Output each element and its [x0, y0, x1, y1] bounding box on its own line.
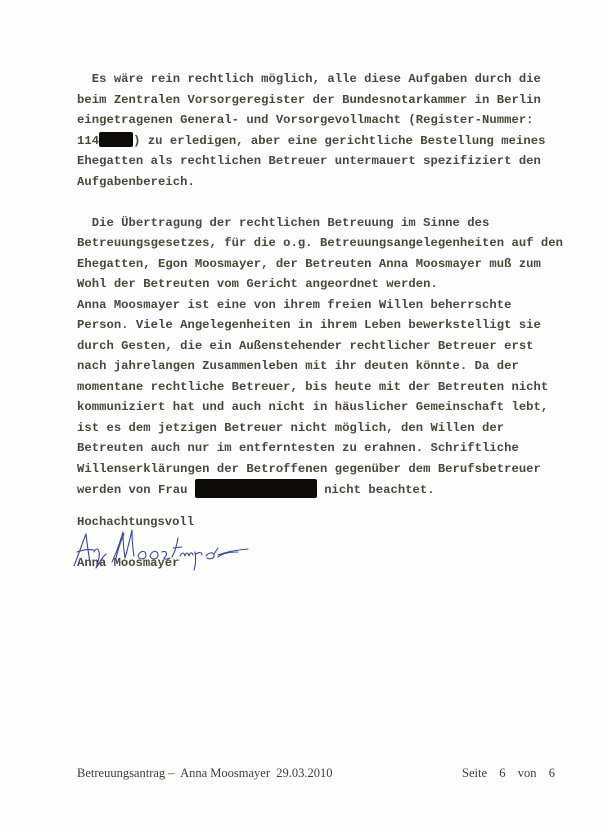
signature-strokes — [74, 530, 248, 570]
body-line: Wohl der Betreuten vom Gericht angeordne… — [77, 274, 557, 295]
body-line-with-redaction: werden von Frau nicht beachtet. — [77, 479, 557, 500]
body-text-fragment: nicht beachtet. — [317, 483, 435, 497]
body-line: Person. Viele Angelegenheiten in ihrem L… — [77, 315, 557, 336]
redaction-block — [195, 479, 317, 498]
body-line: Betreuten auch nur im entferntesten zu e… — [77, 438, 557, 459]
body-line: beim Zentralen Vorsorgeregister der Bund… — [77, 90, 557, 111]
body-line-with-redaction: 114) zu erledigen, aber eine gerichtlich… — [77, 131, 557, 152]
body-line: Ehegatten als rechtlichen Betreuer unter… — [77, 151, 557, 172]
body-line: Willenserklärungen der Betroffenen gegen… — [77, 459, 557, 480]
register-number-prefix: 114 — [77, 134, 99, 148]
body-line: Die Übertragung der rechtlichen Betreuun… — [77, 213, 557, 234]
redaction-block — [99, 132, 133, 147]
footer-document-title: Betreuungsantrag – Anna Moosmayer 29.03.… — [77, 766, 333, 781]
body-line: Ehegatten, Egon Moosmayer, der Betreuten… — [77, 254, 557, 275]
body-line: eingetragenen General- und Vorsorgevollm… — [77, 110, 557, 131]
body-text-fragment: werden von Frau — [77, 483, 195, 497]
body-line: Betreuungsgesetzes, für die o.g. Betreuu… — [77, 233, 557, 254]
handwritten-signature — [68, 522, 268, 572]
document-page: Es wäre rein rechtlich möglich, alle die… — [0, 0, 604, 832]
body-line: Anna Moosmayer ist eine von ihrem freien… — [77, 295, 557, 316]
body-text-fragment: ) zu erledigen, aber eine gerichtliche B… — [133, 134, 545, 148]
footer-page-number: Seite 6 von 6 — [462, 766, 555, 781]
body-line: kommuniziert hat und auch nicht in häusl… — [77, 397, 557, 418]
body-line: durch Gesten, die ein Außenstehender rec… — [77, 336, 557, 357]
body-line: Aufgabenbereich. — [77, 172, 557, 193]
body-line: Es wäre rein rechtlich möglich, alle die… — [77, 69, 557, 90]
letter-body: Es wäre rein rechtlich möglich, alle die… — [77, 69, 557, 500]
body-line: ist es dem jetzigen Betreuer nicht mögli… — [77, 418, 557, 439]
paragraph-gap — [77, 192, 557, 213]
body-line: nach jahrelangen Zusammenleben mit ihr d… — [77, 356, 557, 377]
body-line: momentane rechtliche Betreuer, bis heute… — [77, 377, 557, 398]
